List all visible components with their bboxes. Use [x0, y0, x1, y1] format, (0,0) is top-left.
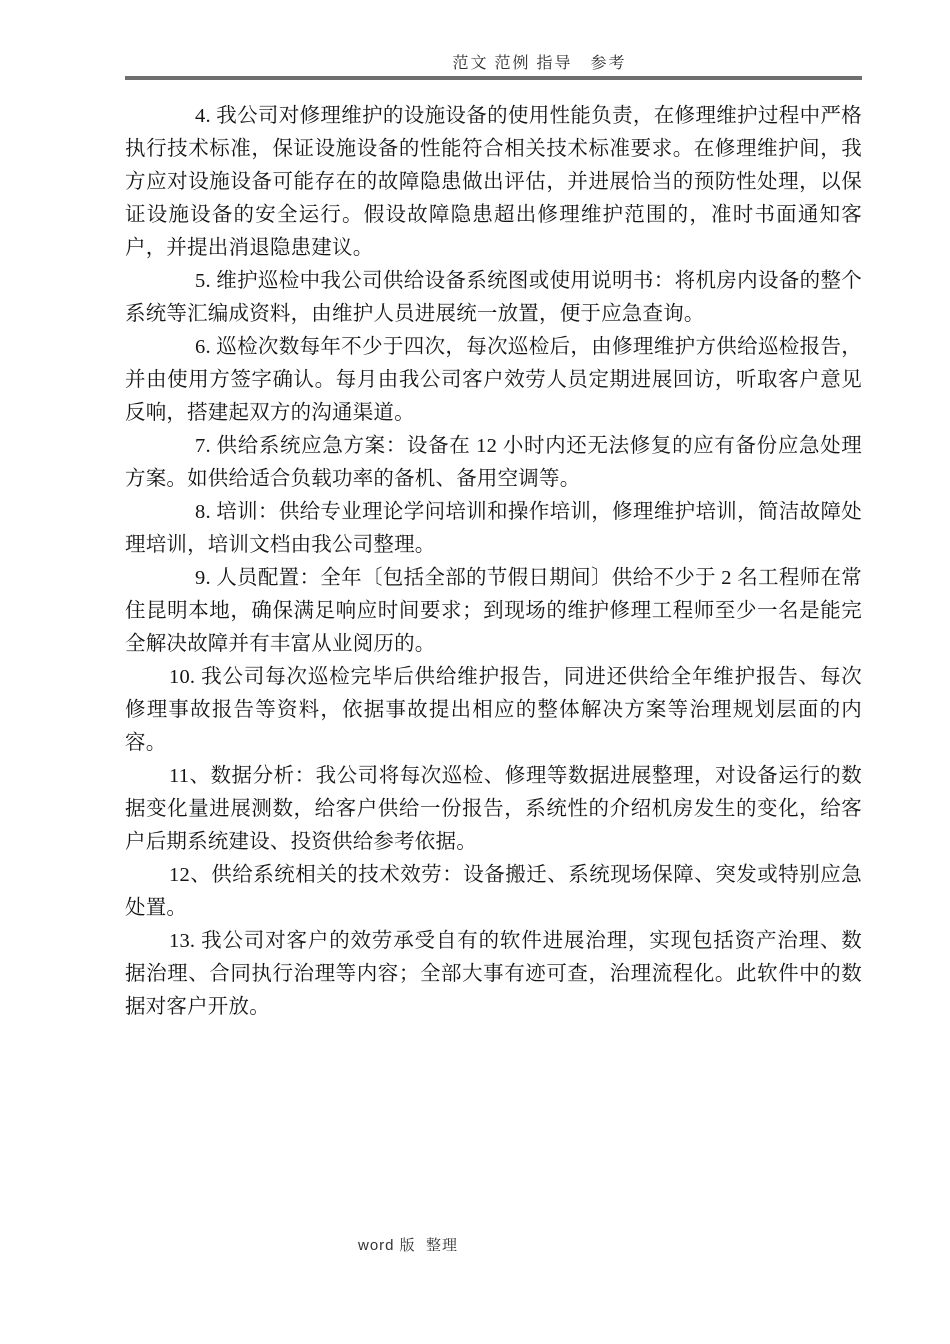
page-header: 范文 范例 指导 参考 — [125, 50, 862, 80]
paragraph-12: 12、供给系统相关的技术效劳：设备搬迁、系统现场保障、突发或特别应急处置。 — [125, 859, 862, 925]
paragraph-6: 6. 巡检次数每年不少于四次，每次巡检后，由修理维护方供给巡检报告，并由使用方签… — [125, 331, 862, 430]
paragraph-10: 10. 我公司每次巡检完毕后供给维护报告，同进还供给全年维护报告、每次修理事故报… — [125, 661, 862, 760]
document-page: 范文 范例 指导 参考 4. 我公司对修理维护的设施设备的使用性能负责，在修理维… — [0, 0, 950, 1344]
paragraph-5: 5. 维护巡检中我公司供给设备系统图或使用说明书：将机房内设备的整个系统等汇编成… — [125, 265, 862, 331]
paragraph-9: 9. 人员配置：全年〔包括全部的节假日期间〕供给不少于 2 名工程师在常住昆明本… — [125, 562, 862, 661]
paragraph-8: 8. 培训：供给专业理论学问培训和操作培训，修理维护培训，简洁故障处理培训，培训… — [125, 496, 862, 562]
paragraph-13: 13. 我公司对客户的效劳承受自有的软件进展治理，实现包括资产治理、数据治理、合… — [125, 925, 862, 1024]
paragraph-4: 4. 我公司对修理维护的设施设备的使用性能负责，在修理维护过程中严格执行技术标准… — [125, 100, 862, 265]
paragraph-7: 7. 供给系统应急方案：设备在 12 小时内还无法修复的应有备份应急处理方案。如… — [125, 430, 862, 496]
page-footer: word 版 整理 — [358, 1234, 458, 1255]
paragraph-11: 11、数据分析：我公司将每次巡检、修理等数据进展整理，对设备运行的数据变化量进展… — [125, 760, 862, 859]
document-body: 4. 我公司对修理维护的设施设备的使用性能负责，在修理维护过程中严格执行技术标准… — [125, 100, 862, 1024]
